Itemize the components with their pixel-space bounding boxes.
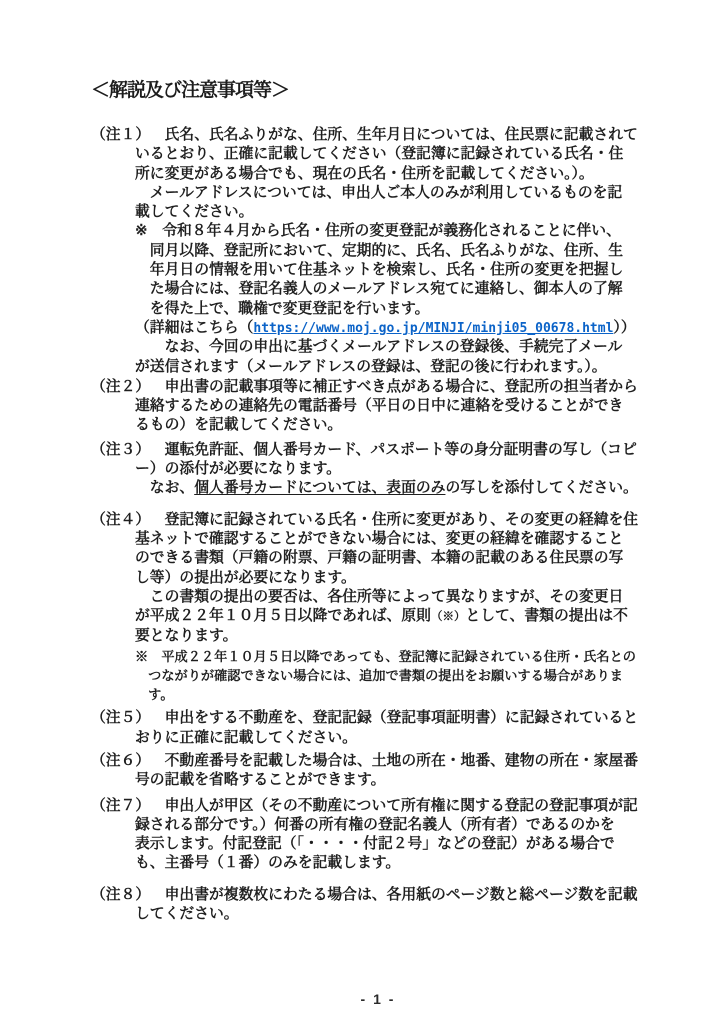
note-4-ref-mark: （※） [431,611,466,623]
note-2-text: 申出書の記載事項等に補正すべき点がある場合に、登記所の担当者から 連絡するための… [135,378,695,436]
note-4-subnote: ※ 平成２２年１０月５日以降であっても、登記簿に記録されている住所・氏名との つ… [135,647,695,705]
note-1-text-before-link: 氏名、氏名ふりがな、住所、生年月日については、住民票に記載されて いるとおり、正… [135,127,638,336]
note-6-text: 不動産番号を記載した場合は、土地の所在・地番、建物の所在・家屋番 号の記載を省略… [135,752,695,791]
note-5-text: 申出をする不動産を、登記記録（登記事項証明書）に記録されていると おりに正確に記… [135,709,695,748]
note-3-text-after: の写しを添付してください。 [445,480,637,496]
page-number: - 1 - [361,991,396,1007]
note-4-text: 登記簿に記録されている氏名・住所に変更があり、その変更の経緯を住 基ネットで確認… [135,511,695,647]
note-3-underlined-text: 個人番号カードについては、表面のみ [194,480,445,496]
note-3-label: （注３） [91,441,150,460]
note-4-label: （注４） [91,511,150,530]
note-8-label: （注８） [91,886,150,905]
note-8: （注８） 申出書が複数枚にわたる場合は、各用紙のページ数と総ページ数を記載 して… [91,886,695,925]
note-7: （注７） 申出人が甲区（その不動産について所有権に関する登記の登記事項が記 録さ… [91,797,695,874]
moj-link[interactable]: https://www.moj.go.jp/MINJI/minji05_0067… [253,321,613,336]
note-1-label: （注１） [91,126,150,145]
note-8-text: 申出書が複数枚にわたる場合は、各用紙のページ数と総ページ数を記載 してください。 [135,886,695,925]
note-1-text: 氏名、氏名ふりがな、住所、生年月日については、住民票に記載されて いるとおり、正… [135,126,695,377]
note-7-label: （注７） [91,797,150,816]
note-1: （注１） 氏名、氏名ふりがな、住所、生年月日については、住民票に記載されて いる… [91,126,695,377]
note-3: （注３） 運転免許証、個人番号カード、パスポート等の身分証明書の写し（コピ ー）… [91,441,695,499]
note-4: （注４） 登記簿に記録されている氏名・住所に変更があり、その変更の経緯を住 基ネ… [91,511,695,705]
note-2: （注２） 申出書の記載事項等に補正すべき点がある場合に、登記所の担当者から 連絡… [91,378,695,436]
note-5-label: （注５） [91,709,150,728]
note-2-label: （注２） [91,378,150,397]
page-title: ＜解説及び注意事項等＞ [91,80,684,102]
note-6-label: （注６） [91,752,150,771]
note-5: （注５） 申出をする不動産を、登記記録（登記事項証明書）に記録されていると おり… [91,709,695,748]
note-3-text: 運転免許証、個人番号カード、パスポート等の身分証明書の写し（コピ ー）の添付が必… [135,441,695,499]
note-7-text: 申出人が甲区（その不動産について所有権に関する登記の登記事項が記 録される部分で… [135,797,695,874]
document-page: ＜解説及び注意事項等＞ （注１） 氏名、氏名ふりがな、住所、生年月日については、… [0,0,724,1024]
note-6: （注６） 不動産番号を記載した場合は、土地の所在・地番、建物の所在・家屋番 号の… [91,752,695,791]
